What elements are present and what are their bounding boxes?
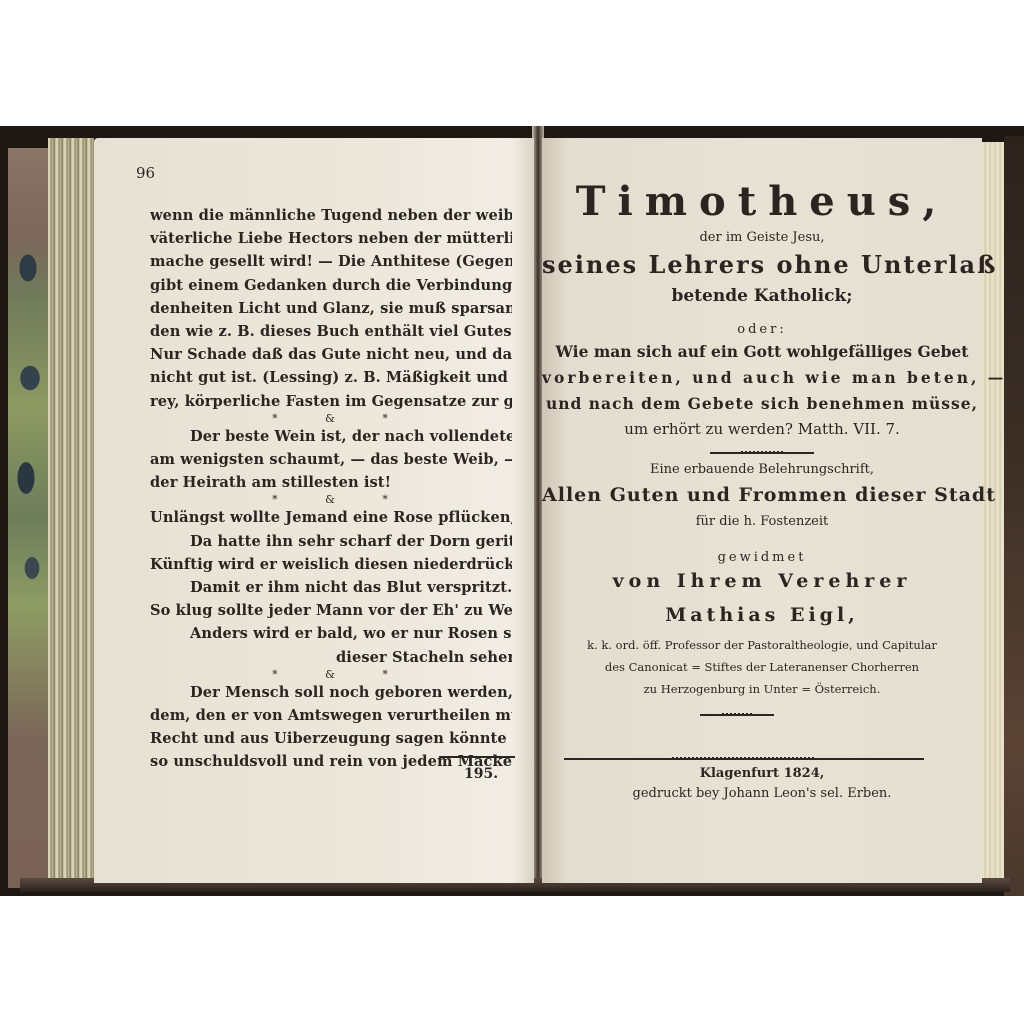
ornamental-rule	[700, 714, 774, 716]
verse-line: Da hatte ihn sehr scharf der Dorn geritz…	[150, 530, 512, 553]
dedicated-label: gewidmet	[542, 550, 982, 565]
text-line: denheiten Licht und Glanz, sie muß spars…	[150, 297, 512, 320]
verse-line: Anders wird er bald, wo er nur Rosen sah…	[150, 622, 512, 645]
text-line: gibt einem Gedanken durch die Verbindung…	[150, 274, 512, 297]
author-title-line: zu Herzogenburg in Unter = Österreich.	[542, 682, 982, 696]
text-line: nicht gut ist. (Lessing) z. B. Mäßigkeit…	[150, 366, 512, 389]
text-line: Der beste Wein ist, der nach vollendeter…	[150, 425, 512, 448]
dedication-line: Allen Guten und Frommen dieser Stadt	[542, 484, 982, 506]
text-line: den wie z. B. dieses Buch enthält viel G…	[150, 320, 512, 343]
asterism-divider: * & *	[150, 494, 512, 506]
marbled-cover-left	[8, 148, 50, 888]
text-line: am wenigsten schaumt, — das beste Weib, …	[150, 448, 512, 471]
book-title: Timotheus,	[542, 178, 982, 225]
verse-line: Künftig wird er weislich diesen niederdr…	[150, 553, 512, 576]
signature-mark: 195.	[464, 766, 498, 782]
text-line: Nur Schade daß das Gute nicht neu, und d…	[150, 343, 512, 366]
alt-title-line: vorbereiten, und auch wie man beten, —	[542, 368, 982, 387]
book-photograph: 96 wenn die männliche Tugend neben der w…	[0, 126, 1024, 896]
oder-label: oder:	[542, 322, 982, 337]
subtitle-line: betende Katholick;	[542, 286, 982, 306]
alt-title-line: und nach dem Gebete sich benehmen müsse,	[542, 394, 982, 413]
author-title-line: des Canonicat = Stiftes der Lateranenser…	[542, 660, 982, 674]
alt-title-line: um erhört zu werden? Matth. VII. 7.	[542, 420, 982, 438]
dedication-line: für die h. Fostenzeit	[542, 514, 982, 529]
verse-line: Unlängst wollte Jemand eine Rose pflücke…	[150, 506, 512, 529]
text-line: rey, körperliche Fasten im Gegensatze zu…	[150, 390, 512, 413]
page-edges-left	[48, 138, 94, 878]
author-name: Mathias Eigl,	[542, 604, 982, 626]
subtitle-line: seines Lehrers ohne Unterlaß	[542, 250, 982, 279]
text-line: dem, den er von Amtswegen verurtheilen m…	[150, 704, 512, 727]
verse-line: dieser Stacheln sehen!	[150, 646, 512, 669]
cover-right	[1004, 136, 1024, 896]
verse-line: Damit er ihm nicht das Blut verspritzt.	[150, 576, 512, 599]
alt-title-line: Wie man sich auf ein Gott wohlgefälliges…	[542, 342, 982, 361]
text-line: der Heirath am stillesten ist!	[150, 471, 512, 494]
imprint-place: Klagenfurt 1824,	[542, 766, 982, 781]
text-line: so unschuldsvoll und rein von jedem Mack…	[150, 750, 512, 773]
author-title-line: k. k. ord. öff. Professor der Pastoralth…	[542, 638, 982, 652]
left-page-text: wenn die männliche Tugend neben der weib…	[150, 204, 512, 774]
subtitle-line: der im Geiste Jesu,	[542, 230, 982, 245]
imprint-printer: gedruckt bey Johann Leon's sel. Erben.	[542, 786, 982, 801]
footer-rule	[439, 756, 515, 758]
text-line: mache gesellt wird! — Die Anthitese (Geg…	[150, 250, 512, 273]
text-line: väterliche Liebe Hectors neben der mütte…	[150, 227, 512, 250]
asterism-divider: * & *	[150, 669, 512, 681]
left-page: 96 wenn die männliche Tugend neben der w…	[94, 138, 534, 883]
page-number: 96	[136, 164, 155, 182]
text-line: wenn die männliche Tugend neben der weib…	[150, 204, 512, 227]
text-line: Der Mensch soll noch geboren werden, der…	[150, 681, 512, 704]
by-line: von Ihrem Verehrer	[542, 570, 982, 592]
asterism-divider: * & *	[150, 413, 512, 425]
right-page-title-page: Timotheus, der im Geiste Jesu, seines Le…	[542, 138, 982, 883]
text-line: Recht und aus Uiberzeugung sagen könnte …	[150, 727, 512, 750]
ornamental-rule	[710, 452, 814, 454]
genre-line: Eine erbauende Belehrungschrift,	[542, 462, 982, 477]
verse-line: So klug sollte jeder Mann vor der Eh' zu…	[150, 599, 512, 622]
ornamental-rule-long	[564, 758, 924, 760]
